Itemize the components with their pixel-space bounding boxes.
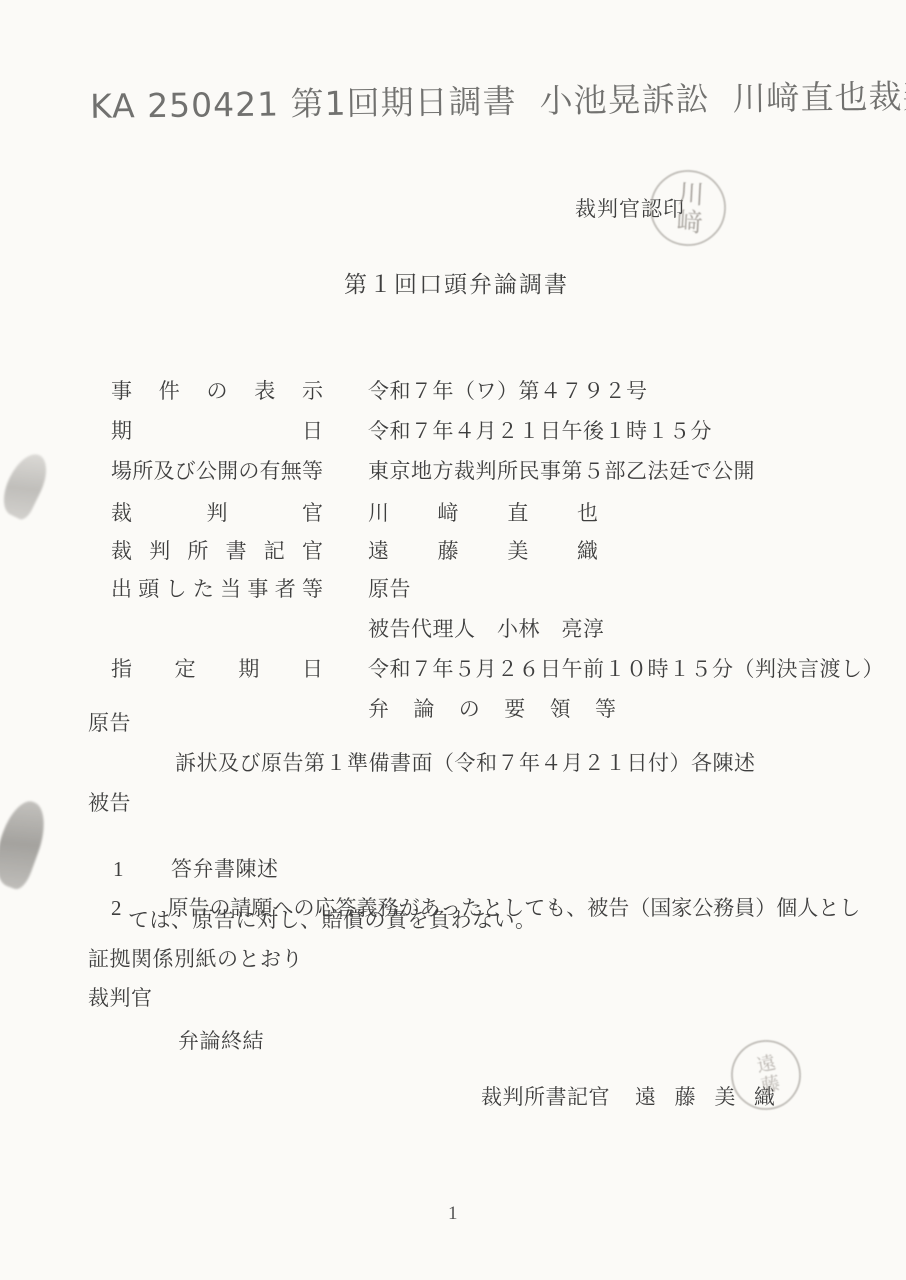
section-heading-proceedings: 弁論の要領等 bbox=[88, 670, 616, 749]
page-number: 1 bbox=[448, 1203, 458, 1225]
document-title: 第１回口頭弁論調書 bbox=[344, 266, 569, 299]
plaintiff-statement: 訴状及び原告第１準備書面（令和７年４月２１日付）各陳述 bbox=[175, 750, 756, 776]
closing-statement: 弁論終結 bbox=[178, 1028, 264, 1054]
judge-seal-stamp: 川﨑 bbox=[646, 166, 731, 251]
court-record-page: KA 250421 第1回期日調書 小池晃訴訟 川﨑直也裁判官 裁判官認印 川﨑… bbox=[0, 0, 906, 1280]
evidence-note: 証拠関係別紙のとおり bbox=[88, 946, 303, 972]
defendant-item-2-continuation: ては、原告に対し、賠償の責を負わない。 bbox=[128, 907, 537, 933]
section-heading-text: 弁論の要領等 bbox=[368, 696, 616, 722]
judge-heading: 裁判官 bbox=[88, 985, 153, 1011]
judge-seal-text: 川﨑 bbox=[668, 179, 708, 237]
clerk-signature-line: 裁判所書記官遠藤美織 bbox=[458, 1058, 775, 1137]
defendant-heading: 被告 bbox=[88, 790, 131, 816]
clerk-label: 裁判所書記官 bbox=[481, 1085, 610, 1109]
plaintiff-heading: 原告 bbox=[88, 710, 131, 736]
clerk-seal-text: 遠藤 bbox=[748, 1052, 783, 1099]
binder-hole-shadow-top bbox=[0, 448, 55, 522]
item-number: 2 bbox=[111, 896, 122, 920]
handwritten-annotation: KA 250421 第1回期日調書 小池晃訴訟 川﨑直也裁判官 bbox=[90, 71, 881, 128]
binder-hole-shadow-bottom bbox=[0, 796, 54, 892]
